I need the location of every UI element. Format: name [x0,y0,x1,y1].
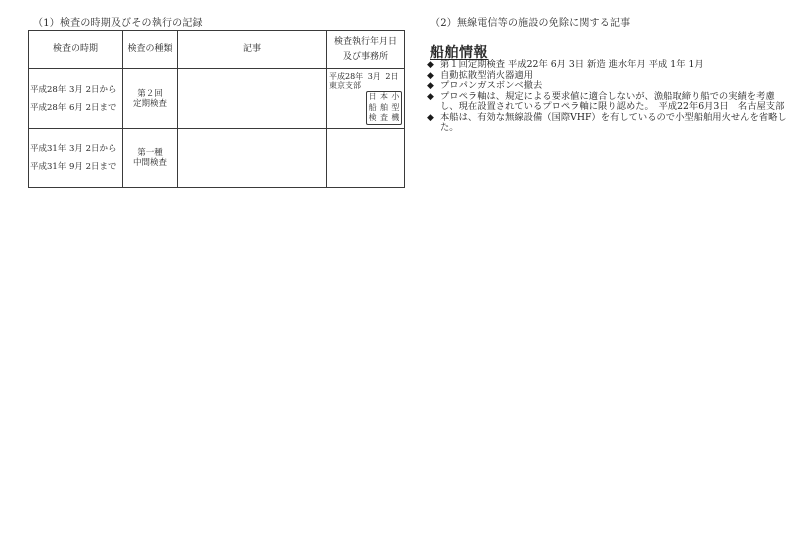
header-exec-line2: 及び事務所 [343,52,388,62]
period-cell: 平成31年 3月 2日から 平成31年 9月 2日まで [29,129,123,188]
exec-date [327,129,404,132]
diamond-bullet-icon: ◆ [427,60,434,71]
table-row: 平成28年 3月 2日から 平成28年 6月 2日まで 第２回 定期検査 平成2… [29,69,405,129]
seal-char: 本 [378,92,389,103]
header-exec-line1: 検査執行年月日 [334,37,397,47]
type-line2: 定期検査 [123,99,177,109]
notes-cell [178,69,327,129]
seal-char: 検 [367,113,378,124]
table-header-row: 検査の時期 検査の種類 記事 検査執行年月日 及び事務所 [29,31,405,69]
diamond-bullet-icon: ◆ [427,92,434,103]
seal-char: 査 [378,113,389,124]
type-line2: 中間検査 [123,158,177,168]
diamond-bullet-icon: ◆ [427,113,434,124]
inspection-record-table: 検査の時期 検査の種類 記事 検査執行年月日 及び事務所 平成28年 3月 2日… [28,30,405,188]
ship-info-text: プロペラ軸は、規定による要求値に適合しないが、漁船取締り船での実績を考慮し、現在… [440,91,784,113]
section1-title: （1）検査の時期及びその執行の記録 [33,14,203,29]
type-cell: 第一種 中間検査 [123,129,178,188]
seal-char: 船 [367,103,378,114]
exec-office: 東京支部 [327,81,404,90]
ship-info-text: 本船は、有効な無線設備（国際VHF）を有しているので小型船舶用火せんを省略した。 [440,112,787,134]
exec-cell [327,129,405,188]
diamond-bullet-icon: ◆ [427,81,434,92]
section2-title: （2）無線電信等の施設の免除に関する記事 [430,14,630,29]
period-to: 平成31年 9月 2日まで [30,162,117,172]
header-period: 検査の時期 [29,31,123,69]
ship-info-text: プロパンガスボンベ撤去 [440,80,542,91]
seal-char: 型 [390,103,401,114]
seal-char: 舶 [378,103,389,114]
exec-date: 平成28年 3月 2日 [327,69,404,81]
seal-char: 機 [390,113,401,124]
table-row: 平成31年 3月 2日から 平成31年 9月 2日まで 第一種 中間検査 [29,129,405,188]
seal-char: 小 [390,92,401,103]
list-item: ◆ 本船は、有効な無線設備（国際VHF）を有しているので小型船舶用火せんを省略し… [427,113,792,134]
period-cell: 平成28年 3月 2日から 平成28年 6月 2日まで [29,69,123,129]
type-line1: 第２回 [123,89,177,99]
seal-char: 日 [367,92,378,103]
list-item: ◆ プロペラ軸は、規定による要求値に適合しないが、漁船取締り船での実績を考慮し、… [427,92,792,113]
ship-info-text: 自動拡散型消火器適用 [440,70,533,81]
header-notes: 記事 [178,31,327,69]
period-from: 平成28年 3月 2日から [30,85,117,95]
period-from: 平成31年 3月 2日から [30,144,117,154]
type-line1: 第一種 [123,148,177,158]
notes-cell [178,129,327,188]
ship-info-text: 第１回定期検査 平成22年 6月 3日 新造 進水年月 平成 1年 1月 [440,59,704,70]
header-exec: 検査執行年月日 及び事務所 [327,31,405,69]
ship-info-list: ◆ 第１回定期検査 平成22年 6月 3日 新造 進水年月 平成 1年 1月 ◆… [427,60,792,134]
period-to: 平成28年 6月 2日まで [30,103,117,113]
exec-cell: 平成28年 3月 2日 東京支部 日 本 小 船 舶 型 検 査 機 [327,69,405,129]
official-seal-stamp: 日 本 小 船 舶 型 検 査 機 [366,91,402,125]
header-type: 検査の種類 [123,31,178,69]
diamond-bullet-icon: ◆ [427,71,434,82]
type-cell: 第２回 定期検査 [123,69,178,129]
